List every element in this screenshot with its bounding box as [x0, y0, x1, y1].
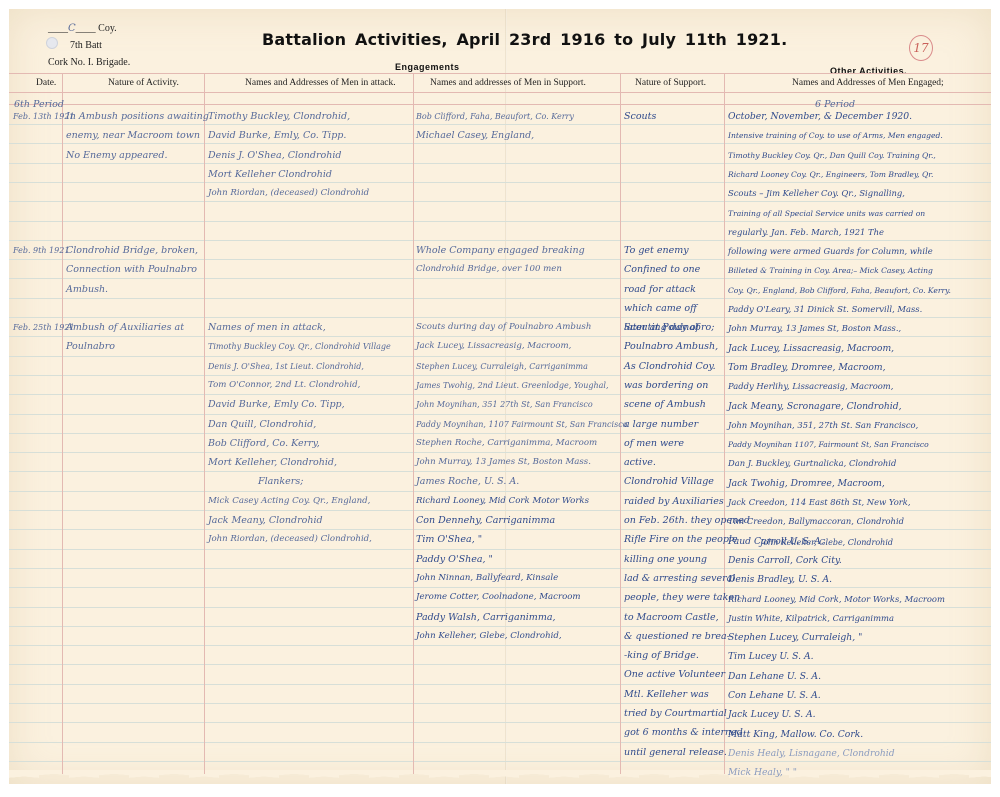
coy-letter: C: [68, 23, 76, 34]
col-header-nature: Nature of Activity.: [108, 78, 179, 88]
entry-nature-support-line: killing one young: [624, 550, 707, 569]
other-activity-line: Denis Healy, Lisnagane, Clondrohid: [728, 744, 895, 763]
entry-attack-line: Denis J. O'Shea, Clondrohid: [208, 146, 341, 165]
entry-support-line: John Ninnan, Ballyfeard, Kinsale: [416, 569, 558, 588]
entry-attack-line: Mort Kelleher Clondrohid: [208, 165, 332, 184]
page-number-circle: 17: [909, 35, 933, 61]
other-activity-line: Paddy O'Leary, 31 Dinick St. Somervill, …: [728, 300, 922, 319]
col-header-support: Names and addresses of Men in Support.: [430, 78, 586, 88]
entry-support-line: James Roche, U. S. A.: [416, 472, 519, 491]
other-activity-line: John Moynihan, 351, 27th St. San Francis…: [728, 416, 918, 435]
entry-nature-line: In Ambush positions awaiting: [66, 107, 209, 126]
other-activity-line: Dan Lehane U. S. A.: [728, 667, 821, 686]
other-activity-line: Training of all Special Service units wa…: [728, 204, 925, 223]
entry-nature-support-line: a large number: [624, 415, 698, 434]
other-activity-line: Jack Twohig, Dromree, Macroom,: [728, 474, 885, 493]
entry-nature-support-line: of men were: [624, 434, 684, 453]
entry-nature-support-line: until general release.: [624, 743, 727, 762]
entry-attack-line: Tom O'Connor, 2nd Lt. Clondrohid,: [208, 376, 360, 395]
header-rule-bottom: [9, 92, 991, 93]
entry-support-line: John Kelleher, Glebe, Clondrohid,: [416, 627, 562, 646]
other-activity-line: Denis Carroll, Cork City.: [728, 551, 842, 570]
entry-nature-support-line: Scouting day of: [624, 318, 699, 337]
other-activity-line: Intensive training of Coy. to use of Arm…: [728, 126, 943, 145]
entry-support-line: Paddy Moynihan, 1107 Fairmount St, San F…: [416, 415, 628, 434]
entry-attack-line: Dan Quill, Clondrohid,: [208, 415, 316, 434]
other-activity-line: Timothy Buckley Coy. Qr., Dan Quill Coy.…: [728, 146, 936, 165]
entry-attack-line: John Riordan, (deceased) Clondrohid: [208, 184, 369, 203]
other-activity-line: Jack Lucey, Lissacreasig, Macroom,: [728, 339, 894, 358]
other-activity-line: Justin White, Kilpatrick, Carriganimma: [728, 609, 894, 628]
entry-nature-support-line: road for attack: [624, 280, 696, 299]
entry-support-line: Clondrohid Bridge, over 100 men: [416, 260, 562, 279]
ruled-line: [9, 664, 991, 665]
entry-attack-line: Flankers;: [258, 472, 303, 491]
entry-nature-line: Ambush of Auxiliaries at: [66, 318, 184, 337]
other-activity-line: Paddy Herlihy, Lissacreasig, Macroom,: [728, 377, 893, 396]
other-activity-line: Tim Lucey U. S. A.: [728, 647, 814, 666]
entry-attack-line: John Riordan, (deceased) Clondrohid,: [208, 530, 372, 549]
entry-nature-line: Poulnabro: [66, 337, 115, 356]
entry-nature-support-line: tried by Courtmartial: [624, 704, 727, 723]
entry-support-line: John Murray, 13 James St, Boston Mass.: [416, 453, 591, 472]
entry-support-line: Stephen Lucey, Curraleigh, Carriganimma: [416, 357, 588, 376]
entry-attack-line: Timothy Buckley Coy. Qr., Clondrohid Vil…: [208, 337, 391, 356]
ruled-line: [9, 549, 991, 550]
entry-nature-support-line: scene of Ambush: [624, 395, 706, 414]
entry-nature-line: Connection with Poulnabro: [66, 260, 197, 279]
other-activity-line: Richard Looney Coy. Qr., Engineers, Tom …: [728, 165, 933, 184]
entry-nature-support-line: Scouts: [624, 107, 656, 126]
section-engagements: Engagements: [395, 62, 460, 72]
other-activity-line: Richard Looney, Mid Cork, Motor Works, M…: [728, 590, 945, 609]
entry-support-line: Jack Lucey, Lissacreasig, Macroom,: [416, 337, 571, 356]
entry-nature-line: Clondrohid Bridge, broken,: [66, 241, 198, 260]
ruled-line: [9, 722, 991, 723]
entry-nature-support-line: to Macroom Castle,: [624, 608, 719, 627]
col-header-date: Date.: [36, 78, 56, 88]
entry-nature-line: No Enemy appeared.: [66, 146, 168, 165]
other-activity-line: Jack Creedon, 114 East 86th St, New York…: [728, 493, 911, 512]
other-activity-line: following were armed Guards for Column, …: [728, 242, 933, 261]
col-divider-date: [62, 74, 63, 774]
other-activity-line: Mick Healy, " ": [728, 763, 797, 782]
entry-support-line: Jerome Cotter, Coolnadone, Macroom: [416, 588, 581, 607]
col-header-engaged: Names and Addresses of Men Engaged;: [792, 78, 944, 88]
ruled-line: [9, 684, 991, 685]
entry-nature-support-line: Poulnabro Ambush,: [624, 337, 718, 356]
other-activity-line: Jack Meany, Scronagare, Clondrohid,: [728, 397, 902, 416]
coy-line: ____C____ Coy.: [48, 20, 130, 37]
section-other-activities: Other Activities.: [830, 66, 907, 76]
entry-attack-line: Mick Casey Acting Coy. Qr., England,: [208, 492, 370, 511]
entry-attack-line: Timothy Buckley, Clondrohid,: [208, 107, 350, 126]
brigade-label: Cork No. I. Brigade.: [48, 54, 130, 71]
col-header-attack: Names and Addresses of Men in attack.: [245, 78, 396, 88]
other-activity-line: Stephen Lucey, Curraleigh, ": [728, 628, 862, 647]
other-activity-line: Billeted & Training in Coy. Area;– Mick …: [728, 261, 933, 280]
other-activity-line: Jack Lucey U. S. A.: [728, 705, 816, 724]
other-activity-line: Scouts – Jim Kelleher Coy. Qr., Signalli…: [728, 184, 905, 203]
entry-nature-line: enemy, near Macroom town: [66, 126, 200, 145]
entry-attack-line: David Burke, Emly, Co. Tipp.: [208, 126, 346, 145]
other-activity-line: October, November, & December 1920.: [728, 107, 912, 126]
entry-support-line: Whole Company engaged breaking: [416, 241, 585, 260]
entry-nature-support-line: Rifle Fire on the people: [624, 530, 738, 549]
entry-nature-support-line: One active Volunteer: [624, 665, 725, 684]
entry-attack-line: Denis J. O'Shea, 1st Lieut. Clondrohid,: [208, 357, 364, 376]
entry-attack-line: Jack Meany, Clondrohid: [208, 511, 323, 530]
header-rule-top: [9, 73, 991, 74]
entry-nature-support-line: As Clondrohid Coy.: [624, 357, 716, 376]
entry-nature-support-line: which came off: [624, 299, 697, 318]
entry-nature-support-line: was bordering on: [624, 376, 708, 395]
interlinear-note: John Kelleher, Glebe, Clondrohid: [760, 538, 893, 548]
entry-support-line: Michael Casey, England,: [416, 126, 534, 145]
other-activity-line: Paddy Moynihan 1107, Fairmount St, San F…: [728, 435, 929, 454]
entry-nature-support-line: To get enemy: [624, 241, 689, 260]
entry-nature-support-line: Confined to one: [624, 260, 700, 279]
other-activity-line: John Murray, 13 James St, Boston Mass.,: [728, 319, 901, 338]
entry-attack-line: Mort Kelleher, Clondrohid,: [208, 453, 337, 472]
entry-attack-line: David Burke, Emly Co. Tipp,: [208, 395, 345, 414]
col-header-nature-support: Nature of Support.: [635, 78, 706, 88]
entry-support-line: Paddy O'Shea, ": [416, 550, 493, 569]
entry-nature-support-line: -king of Bridge.: [624, 646, 699, 665]
col-divider-nature: [204, 74, 205, 774]
other-activity-line: Denis Bradley, U. S. A.: [728, 570, 832, 589]
company-header: ____C____ Coy. 7th Batt Cork No. I. Brig…: [48, 20, 130, 71]
entry-nature-support-line: lad & arresting several: [624, 569, 735, 588]
entry-nature-support-line: raided by Auxiliaries: [624, 492, 724, 511]
entry-support-line: Richard Looney, Mid Cork Motor Works: [416, 492, 589, 511]
page-title: Battalion Activities, April 23rd 1916 to…: [262, 30, 787, 49]
entry-support-line: Bob Clifford, Faha, Beaufort, Co. Kerry: [416, 107, 574, 126]
entry-nature-support-line: Clondrohid Village: [624, 472, 714, 491]
entry-support-line: James Twohig, 2nd Lieut. Greenlodge, You…: [416, 376, 609, 395]
entry-nature-support-line: Mtl. Kelleher was: [624, 685, 709, 704]
battalion-label: 7th Batt: [48, 37, 130, 54]
col-divider-attack: [413, 74, 414, 774]
entry-support-line: Scouts during day of Poulnabro Ambush: [416, 318, 591, 337]
other-activity-line: Tim Creedon, Ballymaccoran, Clondrohid: [728, 512, 904, 531]
torn-bottom-edge: [9, 770, 991, 784]
entry-attack-line: Names of men in attack,: [208, 318, 326, 337]
other-activity-line: Matt King, Mallow. Co. Cork.: [728, 725, 863, 744]
entry-support-line: Stephen Roche, Carriganimma, Macroom: [416, 434, 597, 453]
ruled-line: [9, 703, 991, 704]
entry-date: Feb. 9th 1921: [13, 241, 69, 260]
other-activity-line: Con Lehane U. S. A.: [728, 686, 821, 705]
entry-support-line: Con Dennehy, Carriganimma: [416, 511, 555, 530]
entry-support-line: Paddy Walsh, Carriganimma,: [416, 608, 556, 627]
other-activity-line: regularly. Jan. Feb. March, 1921 The: [728, 223, 884, 242]
entry-support-line: John Moynihan, 351 27th St, San Francisc…: [416, 395, 593, 414]
other-activity-line: Coy. Qr., England, Bob Clifford, Faha, B…: [728, 281, 951, 300]
entry-nature-support-line: got 6 months & interned: [624, 723, 743, 742]
entry-attack-line: Bob Clifford, Co. Kerry,: [208, 434, 320, 453]
entry-nature-line: Ambush.: [66, 280, 108, 299]
entry-nature-support-line: & questioned re brea-: [624, 627, 730, 646]
entry-nature-support-line: people, they were taken: [624, 588, 740, 607]
entry-nature-support-line: active.: [624, 453, 656, 472]
other-activity-line: Tom Bradley, Dromree, Macroom,: [728, 358, 886, 377]
entry-support-line: Tim O'Shea, ": [416, 530, 482, 549]
other-activity-line: Dan J. Buckley, Gurtnalicka, Clondrohid: [728, 454, 896, 473]
